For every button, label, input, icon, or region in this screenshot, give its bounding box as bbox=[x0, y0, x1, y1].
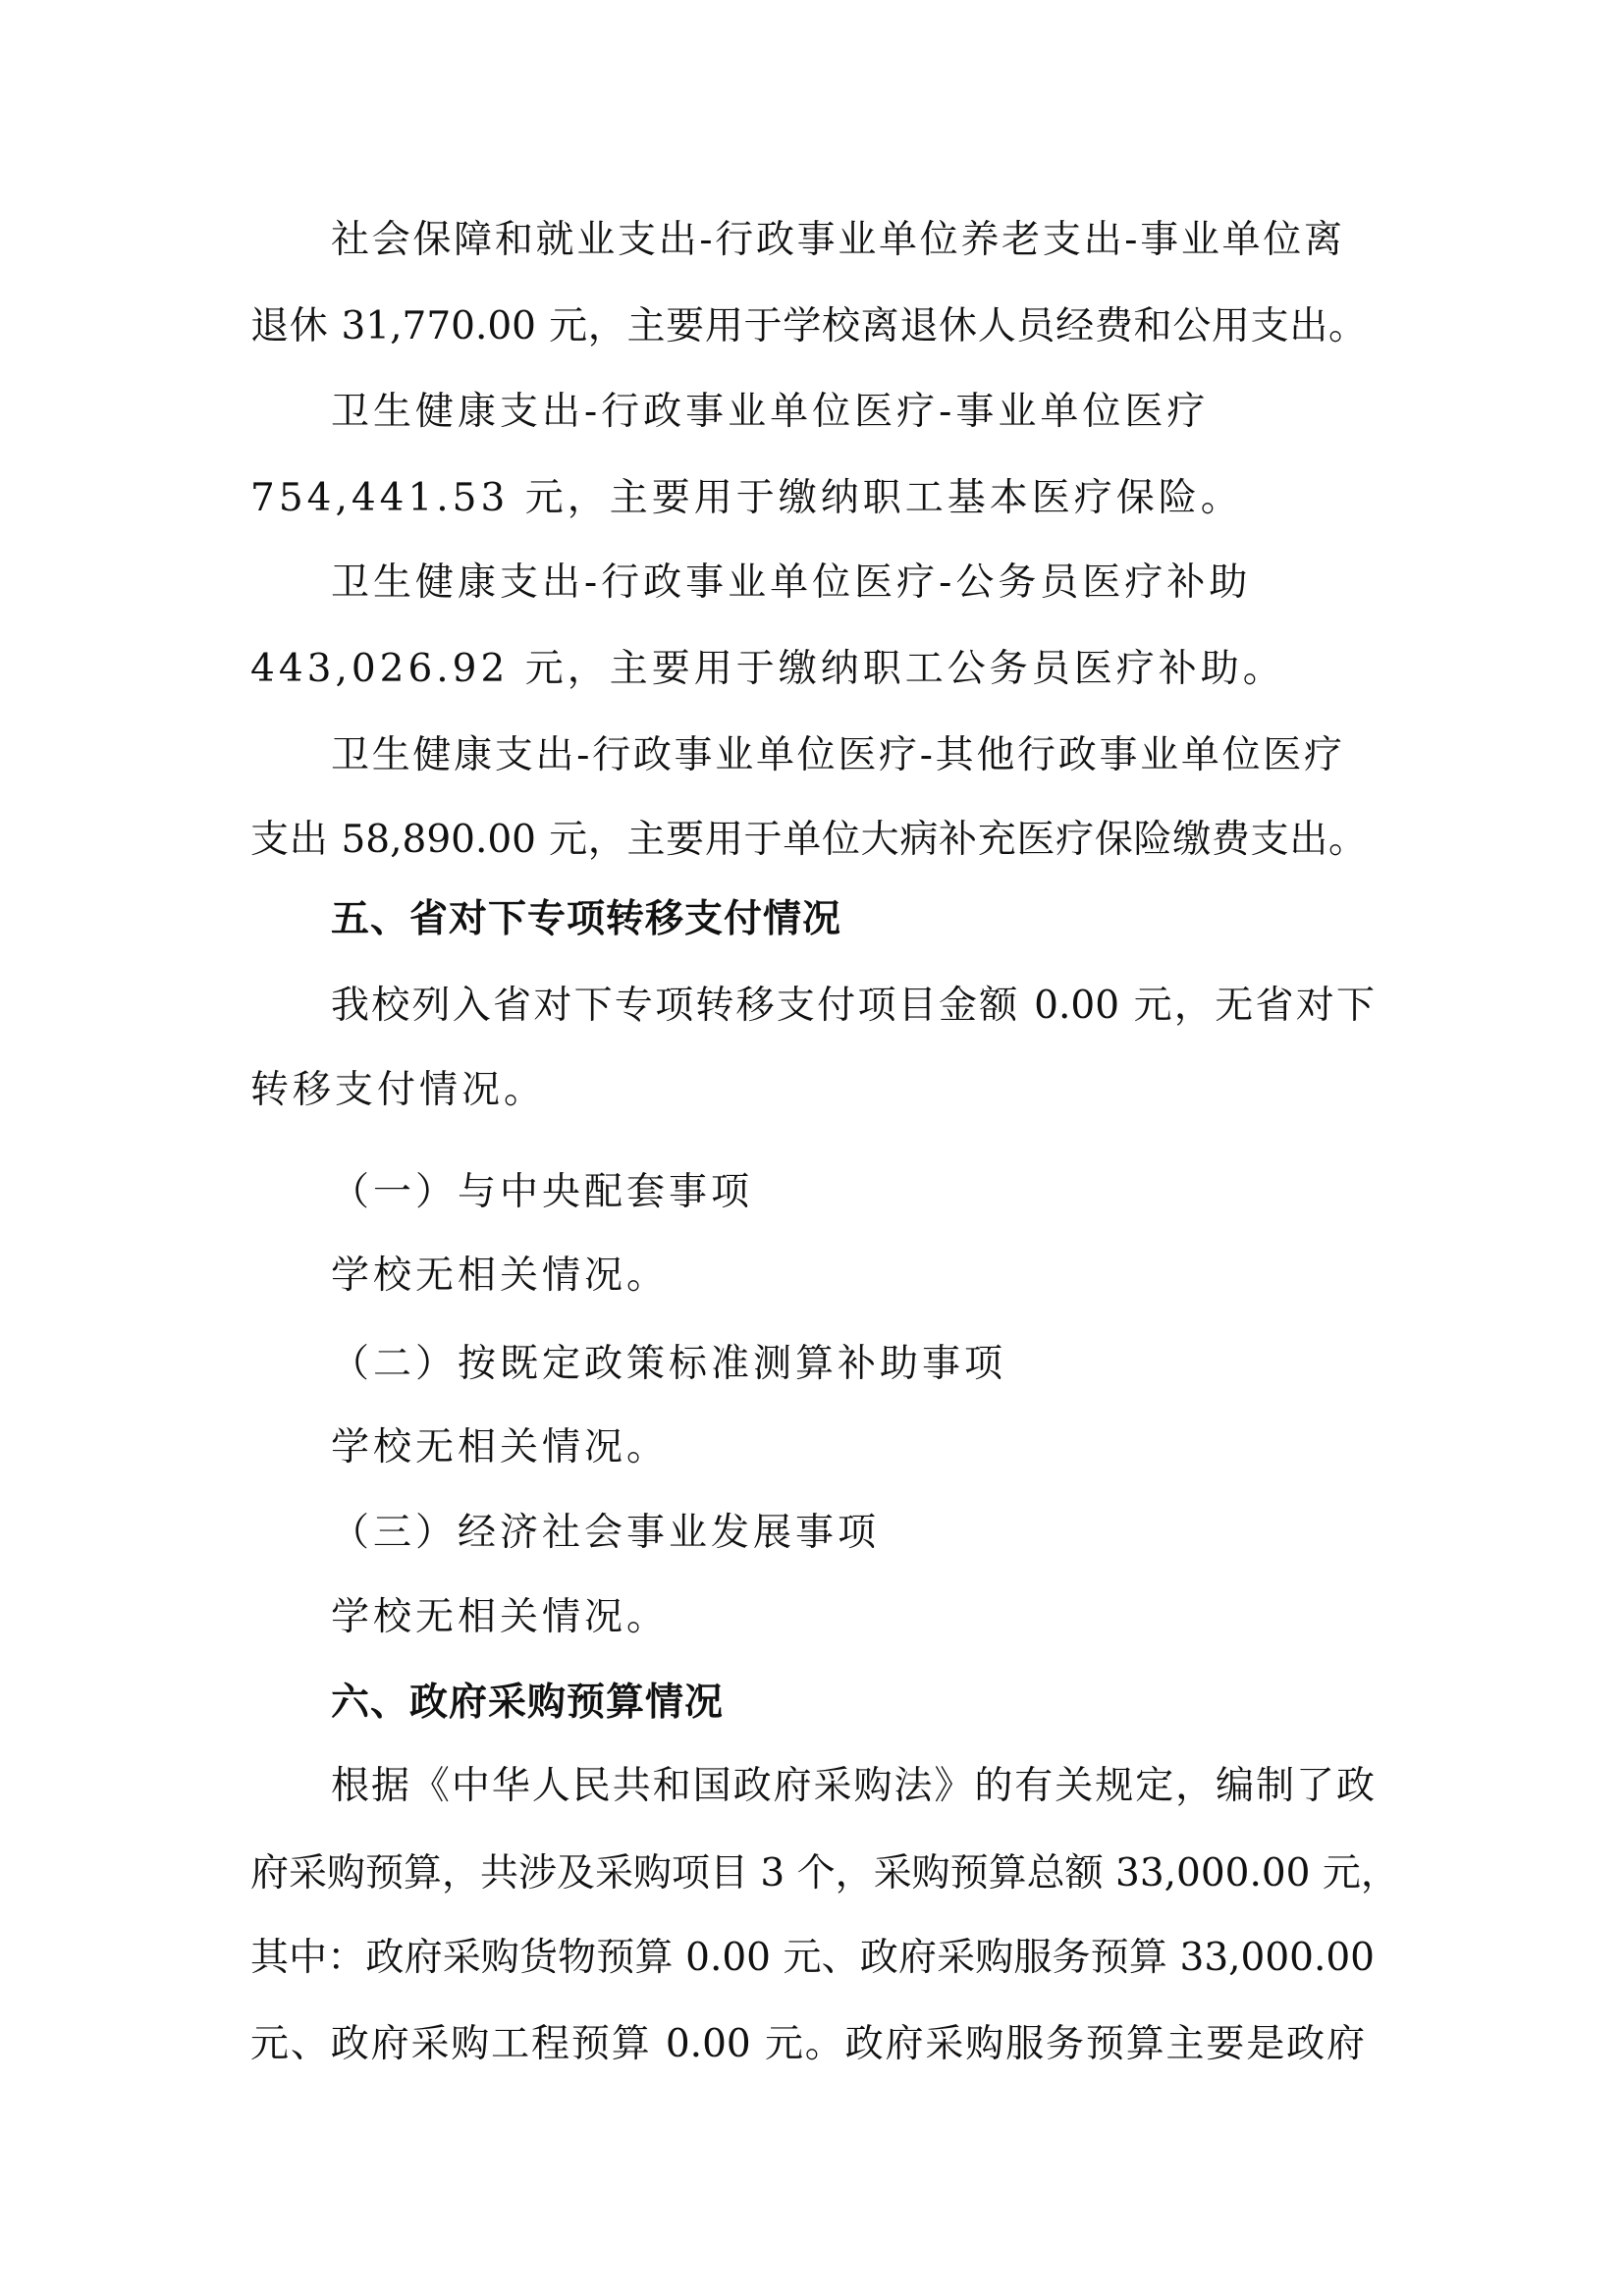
paragraph-line: 学校无相关情况。 bbox=[331, 1423, 669, 1472]
paragraph-line: 我校列入省对下专项转移支付项目金额 0.00 元，无省对下 bbox=[331, 982, 1375, 1031]
section-heading-6: 六、政府采购预算情况 bbox=[331, 1679, 724, 1728]
paragraph-line: 根据《中华人民共和国政府采购法》的有关规定，编制了政 bbox=[331, 1762, 1375, 1811]
paragraph-line: 卫生健康支出-行政事业单位医疗-公务员医疗补助 bbox=[331, 559, 1251, 608]
document-page: 社会保障和就业支出-行政事业单位养老支出-事业单位离 退休 31,770.00 … bbox=[0, 0, 1624, 2296]
paragraph-line: 学校无相关情况。 bbox=[331, 1252, 669, 1301]
paragraph-line: 443,026.92 元，主要用于缴纳职工公务员医疗补助。 bbox=[250, 645, 1285, 694]
paragraph-line: 府采购预算，共涉及采购项目 3 个，采购预算总额 33,000.00 元， bbox=[250, 1849, 1367, 1898]
paragraph-line: 754,441.53 元，主要用于缴纳职工基本医疗保险。 bbox=[250, 474, 1243, 523]
paragraph-line: 卫生健康支出-行政事业单位医疗-事业单位医疗 bbox=[331, 388, 1209, 437]
paragraph-line: 社会保障和就业支出-行政事业单位养老支出-事业单位离 bbox=[331, 216, 1342, 265]
subsection-heading-1: （一）与中央配套事项 bbox=[331, 1168, 753, 1217]
paragraph-line: 学校无相关情况。 bbox=[331, 1593, 669, 1642]
paragraph-line: 转移支付情况。 bbox=[250, 1066, 546, 1115]
paragraph-line: 元、政府采购工程预算 0.00 元。政府采购服务预算主要是政府 bbox=[250, 2020, 1365, 2069]
subsection-heading-3: （三）经济社会事业发展事项 bbox=[331, 1509, 880, 1558]
paragraph-line: 卫生健康支出-行政事业单位医疗-其他行政事业单位医疗 bbox=[331, 731, 1342, 780]
paragraph-line: 退休 31,770.00 元，主要用于学校离退休人员经费和公用支出。 bbox=[250, 302, 1367, 351]
subsection-heading-2: （二）按既定政策标准测算补助事项 bbox=[331, 1340, 1006, 1389]
paragraph-line: 支出 58,890.00 元，主要用于单位大病补充医疗保险缴费支出。 bbox=[250, 816, 1367, 865]
paragraph-line: 其中：政府采购货物预算 0.00 元、政府采购服务预算 33,000.00 bbox=[250, 1934, 1375, 1983]
section-heading-5: 五、省对下专项转移支付情况 bbox=[331, 895, 841, 944]
